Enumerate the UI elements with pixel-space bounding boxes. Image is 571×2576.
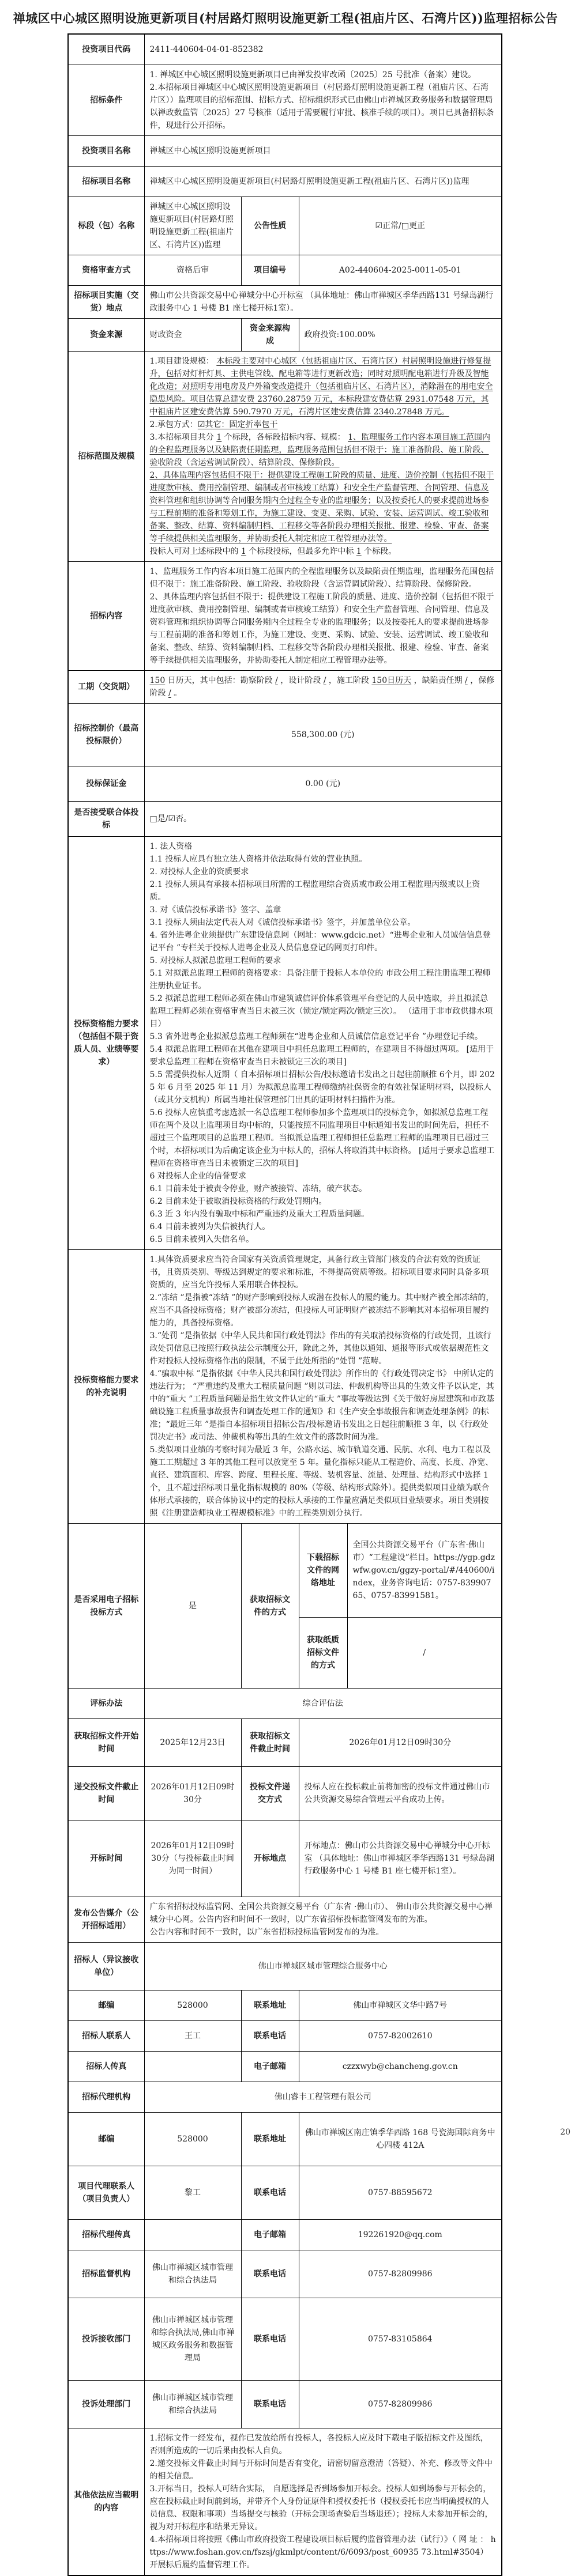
tender-project-name-label: 招标项目名称	[68, 167, 144, 197]
bid-bond-label: 投标保证金	[68, 766, 144, 802]
address-2-value: 佛山市禅城区南庄镇季华西路 168 号瓷海国际商务中心四楼 412A	[299, 2113, 502, 2166]
postcode-2-value: 528000	[144, 2113, 241, 2166]
row-opening: 开标时间 2026年01月12日09时30分（与投标截止时间为同一时间） 开标地…	[68, 1820, 502, 1897]
media-label: 发布公告媒介（公开招标适用）	[68, 1897, 144, 1943]
section-name-label: 标段（包）名称	[68, 197, 144, 255]
row-media: 发布公告媒介（公开招标适用） 广东省招标投标监管网、全国公共资源交易平台（广东省…	[68, 1897, 502, 1943]
consortium-value: □是/☑否。	[144, 802, 502, 837]
qualification-review-label: 资格审查方式	[68, 255, 144, 286]
bid-bond-value: 0.00 (元)	[144, 766, 502, 802]
row-contact-1: 招标人联系人 王工 联系电话 0757-82002610	[68, 2021, 502, 2052]
row-complaint-recv: 投诉接收部门 佛山市禅城区城市管理和综合执法局,佛山市禅城区政务服务和数据管理局…	[68, 2298, 502, 2381]
row-supervisor: 招标监督机构 佛山市禅城区城市管理和综合执法局 联系电话 0757-828099…	[68, 2250, 502, 2298]
evaluation-value: 综合评估法	[144, 1689, 502, 1719]
qualification-req-value: 1. 法人资格1.1 投标人应具有独立法人资格并依法取得有效的营业执照。2. 对…	[144, 837, 502, 1250]
email-1-label: 电子邮箱	[241, 2052, 299, 2082]
contact-2-value: 黎工	[144, 2166, 241, 2220]
investment-project-name-value: 禅城区中心城区照明设施更新项目	[144, 136, 502, 167]
complaint-handle-tel-label: 联系电话	[241, 2381, 299, 2428]
postcode-2-label: 邮编	[68, 2113, 144, 2166]
scope-label: 招标范围及规模	[68, 352, 144, 562]
control-price-label: 招标控制价（最高投标限价）	[68, 704, 144, 766]
media-value: 广东省招标投标监管网、全国公共资源交易平台（广东省 ·佛山市）、 佛山市公共资源…	[144, 1897, 502, 1943]
submit-deadline-value: 2026年01月12日09时30分	[144, 1767, 241, 1820]
funds-composition-value: 政府投资:100.00%	[299, 319, 502, 352]
postcode-1-label: 邮编	[68, 1990, 144, 2021]
tel-1-label: 联系电话	[241, 2021, 299, 2052]
section-name-value: 禅城区中心城区照明设施更新项目(村居路灯照明设施更新工程(祖庙片区、石湾片区))…	[144, 197, 241, 255]
supervisor-label: 招标监督机构	[68, 2250, 144, 2298]
row-other: 其他依法应当载明的内容 1.招标文件一经发布，视作已发放给所有投标人，各投标人应…	[68, 2428, 502, 2576]
funds-composition-label: 资金来源构成	[241, 319, 299, 352]
row-complaint-handle: 投诉处理部门 佛山市禅城区城市管理和综合执法局 联系电话 0757-828099…	[68, 2381, 502, 2428]
row-evaluation: 评标办法 综合评估法	[68, 1689, 502, 1719]
row-submit-deadline: 递交投标文件截止时间 2026年01月12日09时30分 投标文件递交方式 投标…	[68, 1767, 502, 1820]
agency-value: 佛山睿丰工程管理有限公司	[144, 2082, 502, 2113]
tender-project-name-value: 禅城区中心城区照明设施更新项目(村居路灯照明设施更新工程(祖庙片区、石湾片区))…	[144, 167, 502, 197]
qualification-notes-value: 1.具体资质要求应当符合国家有关资质管理规定，具备行政主管部门核发的合法有效的资…	[144, 1250, 502, 1524]
content-label: 招标内容	[68, 562, 144, 671]
other-label: 其他依法应当载明的内容	[68, 2428, 144, 2576]
row-section-name: 标段（包）名称 禅城区中心城区照明设施更新项目(村居路灯照明设施更新工程(祖庙片…	[68, 197, 502, 255]
obtain-end-value: 2026年01月12日09时30分	[299, 1719, 502, 1767]
opening-time-label: 开标时间	[68, 1820, 144, 1897]
other-value: 1.招标文件一经发布，视作已发放给所有投标人，各投标人应及时下载电子版招标文件及…	[144, 2428, 502, 2576]
tender-announcement-table: 投资项目代码 2411-440604-04-01-852382 招标条件 1. …	[67, 33, 502, 2576]
contact-2-label: 项目代理联系人（项目负责人）	[68, 2166, 144, 2220]
tel-2-label: 联系电话	[241, 2166, 299, 2220]
agency-label: 招标代理机构	[68, 2082, 144, 2113]
page-title: 禅城区中心城区照明设施更新项目(村居路灯照明设施更新工程(祖庙片区、石湾片区))…	[0, 0, 571, 33]
obtain-start-value: 2025年12月23日	[144, 1719, 241, 1767]
evaluation-label: 评标办法	[68, 1689, 144, 1719]
complaint-recv-tel-label: 联系电话	[241, 2298, 299, 2381]
email-1-value: czzxwyb@chancheng.gov.cn	[299, 2052, 502, 2082]
row-funds: 资金来源 财政资金 资金来源构成 政府投资:100.00%	[68, 319, 502, 352]
content-value: 1、监理服务工作内容本项目施工范围内的全程监理服务以及缺陷责任期监理，监理服务范…	[144, 562, 502, 671]
fax-2-value	[144, 2220, 241, 2250]
tender-conditions-value: 1. 禅城区中心城区照明设施更新项目已由禅发投审改函〔2025〕25 号批准（备…	[144, 65, 502, 136]
complaint-handle-tel-value: 0757-82809986	[299, 2381, 502, 2428]
supervisor-value: 佛山市禅城区城市管理和综合执法局	[144, 2250, 241, 2298]
row-content: 招标内容 1、监理服务工作内容本项目施工范围内的全程监理服务以及缺陷责任期监理，…	[68, 562, 502, 671]
address-1-value: 佛山市禅城区文华中路7号	[299, 1990, 502, 2021]
project-code-label: 投资项目代码	[68, 34, 144, 65]
complaint-handle-value: 佛山市禅城区城市管理和综合执法局	[144, 2381, 241, 2428]
row-agency: 招标代理机构 佛山睿丰工程管理有限公司	[68, 2082, 502, 2113]
email-2-label: 电子邮箱	[241, 2220, 299, 2250]
row-tender-conditions: 招标条件 1. 禅城区中心城区照明设施更新项目已由禅发投审改函〔2025〕25 …	[68, 65, 502, 136]
row-location: 招标项目实施（交货）地点 佛山市公共资源交易中心禅城分中心开标室 （具体地址：佛…	[68, 286, 502, 319]
submit-method-value: 投标人应在投标截止前将加密的投标文件通过佛山市公共资源交易综合管理云平台成功上传…	[299, 1767, 502, 1820]
investment-project-name-label: 投资项目名称	[68, 136, 144, 167]
notice-nature-value: ☑正常/□更正	[299, 197, 502, 255]
supervisor-tel-label: 联系电话	[241, 2250, 299, 2298]
row-electronic-download: 是否采用电子招标投标方式 是 获取招标文件的方式 下载招标文件的网络地址 全国公…	[68, 1524, 502, 1618]
project-number-label: 项目编号	[241, 255, 299, 286]
scope-value: 1.项目建设规模： 本标段主要对中心城区（包括祖庙片区、石湾片区）村居照明设施进…	[144, 352, 502, 562]
supervisor-tel-value: 0757-82809986	[299, 2250, 502, 2298]
row-duration: 工期（交货期） 150 日历天，其中包括：勘察阶段 / ，设计阶段 / ，施工阶…	[68, 671, 502, 704]
contact-1-value: 王工	[144, 2021, 241, 2052]
obtain-method-label: 获取招标文件的方式	[241, 1524, 299, 1689]
row-project-code: 投资项目代码 2411-440604-04-01-852382	[68, 34, 502, 65]
postcode-1-value: 528000	[144, 1990, 241, 2021]
row-fax-1: 招标人传真 电子邮箱 czzxwyb@chancheng.gov.cn	[68, 2052, 502, 2082]
tel-2-value: 0757-88595672	[299, 2166, 502, 2220]
download-url-label: 下载招标文件的网络地址	[299, 1524, 347, 1618]
paper-method-label: 获取纸质招标文件的方式	[299, 1618, 347, 1689]
row-tender-project-name: 招标项目名称 禅城区中心城区照明设施更新项目(村居路灯照明设施更新工程(祖庙片区…	[68, 167, 502, 197]
row-investment-project-name: 投资项目名称 禅城区中心城区照明设施更新项目	[68, 136, 502, 167]
address-1-label: 联系地址	[241, 1990, 299, 2021]
submit-deadline-label: 递交投标文件截止时间	[68, 1767, 144, 1820]
fax-2-label: 招标代理传真	[68, 2220, 144, 2250]
complaint-recv-label: 投诉接收部门	[68, 2298, 144, 2381]
location-value: 佛山市公共资源交易中心禅城分中心开标室 （具体地址：佛山市禅城区季华西路131 …	[144, 286, 502, 319]
row-postcode-1: 邮编 528000 联系地址 佛山市禅城区文华中路7号	[68, 1990, 502, 2021]
electronic-value: 是	[144, 1524, 241, 1689]
complaint-handle-label: 投诉处理部门	[68, 2381, 144, 2428]
funds-label: 资金来源	[68, 319, 144, 352]
obtain-end-label: 获取招标文件截止时间	[241, 1719, 299, 1767]
row-contact-2: 项目代理联系人（项目负责人） 黎工 联系电话 0757-88595672	[68, 2166, 502, 2220]
row-control-price: 招标控制价（最高投标限价） 558,300.00 (元)	[68, 704, 502, 766]
duration-label: 工期（交货期）	[68, 671, 144, 704]
contact-1-label: 招标人联系人	[68, 2021, 144, 2052]
notice-nature-label: 公告性质	[241, 197, 299, 255]
submit-method-label: 投标文件递交方式	[241, 1767, 299, 1820]
project-number-value: A02-440604-2025-0011-05-01	[299, 255, 502, 286]
duration-value: 150 日历天，其中包括：勘察阶段 / ，设计阶段 / ，施工阶段 150日历天…	[144, 671, 502, 704]
tenderer-value: 佛山市禅城区城市管理综合服务中心	[144, 1943, 502, 1990]
electronic-label: 是否采用电子招标投标方式	[68, 1524, 144, 1689]
tenderer-label: 招标人（异议接收单位）	[68, 1943, 144, 1990]
qualification-req-label: 投标资格能力要求（包括但不限于资质人员、业绩等要求）	[68, 837, 144, 1250]
row-bid-bond: 投标保证金 0.00 (元)	[68, 766, 502, 802]
funds-value: 财政资金	[144, 319, 241, 352]
address-2-label: 联系地址	[241, 2113, 299, 2166]
consortium-label: 是否接受联合体投标	[68, 802, 144, 837]
complaint-recv-tel-value: 0757-83105864	[299, 2298, 502, 2381]
row-consortium: 是否接受联合体投标 □是/☑否。	[68, 802, 502, 837]
obtain-start-label: 获取招标文件开始时间	[68, 1719, 144, 1767]
page-corner-text: 202	[560, 2128, 571, 2137]
row-postcode-2: 邮编 528000 联系地址 佛山市禅城区南庄镇季华西路 168 号瓷海国际商务…	[68, 2113, 502, 2166]
tender-announcement-page: { "page": { "title": "禅城区中心城区照明设施更新项目(村居…	[0, 0, 571, 2576]
control-price-value: 558,300.00 (元)	[144, 704, 502, 766]
tender-conditions-label: 招标条件	[68, 65, 144, 136]
qualification-review-value: 资格后审	[144, 255, 241, 286]
opening-place-label: 开标地点	[241, 1820, 299, 1897]
row-qualification-review: 资格审查方式 资格后审 项目编号 A02-440604-2025-0011-05…	[68, 255, 502, 286]
complaint-recv-value: 佛山市禅城区城市管理和综合执法局,佛山市禅城区政务服务和数据管理局	[144, 2298, 241, 2381]
row-scope: 招标范围及规模 1.项目建设规模： 本标段主要对中心城区（包括祖庙片区、石湾片区…	[68, 352, 502, 562]
project-code-value: 2411-440604-04-01-852382	[144, 34, 502, 65]
fax-1-label: 招标人传真	[68, 2052, 144, 2082]
location-label: 招标项目实施（交货）地点	[68, 286, 144, 319]
row-fax-2: 招标代理传真 电子邮箱 192261920@qq.com	[68, 2220, 502, 2250]
download-url-value: 全国公共资源交易平台（广东省·佛山市）“工程建设”栏目。https://ygp.…	[347, 1524, 502, 1618]
row-tenderer: 招标人（异议接收单位） 佛山市禅城区城市管理综合服务中心	[68, 1943, 502, 1990]
row-qualification-req: 投标资格能力要求（包括但不限于资质人员、业绩等要求） 1. 法人资格1.1 投标…	[68, 837, 502, 1250]
tel-1-value: 0757-82002610	[299, 2021, 502, 2052]
row-qualification-notes: 投标资格能力要求的补充说明 1.具体资质要求应当符合国家有关资质管理规定，具备行…	[68, 1250, 502, 1524]
row-obtain-time: 获取招标文件开始时间 2025年12月23日 获取招标文件截止时间 2026年0…	[68, 1719, 502, 1767]
opening-time-value: 2026年01月12日09时30分（与投标截止时间为同一时间）	[144, 1820, 241, 1897]
opening-place-value: 开标地点：佛山市公共资源交易中心禅城分中心开标室 （具体地址：佛山市禅城区季华西…	[299, 1820, 502, 1897]
qualification-notes-label: 投标资格能力要求的补充说明	[68, 1250, 144, 1524]
fax-1-value	[144, 2052, 241, 2082]
paper-method-value: /	[347, 1618, 502, 1689]
email-2-value: 192261920@qq.com	[299, 2220, 502, 2250]
